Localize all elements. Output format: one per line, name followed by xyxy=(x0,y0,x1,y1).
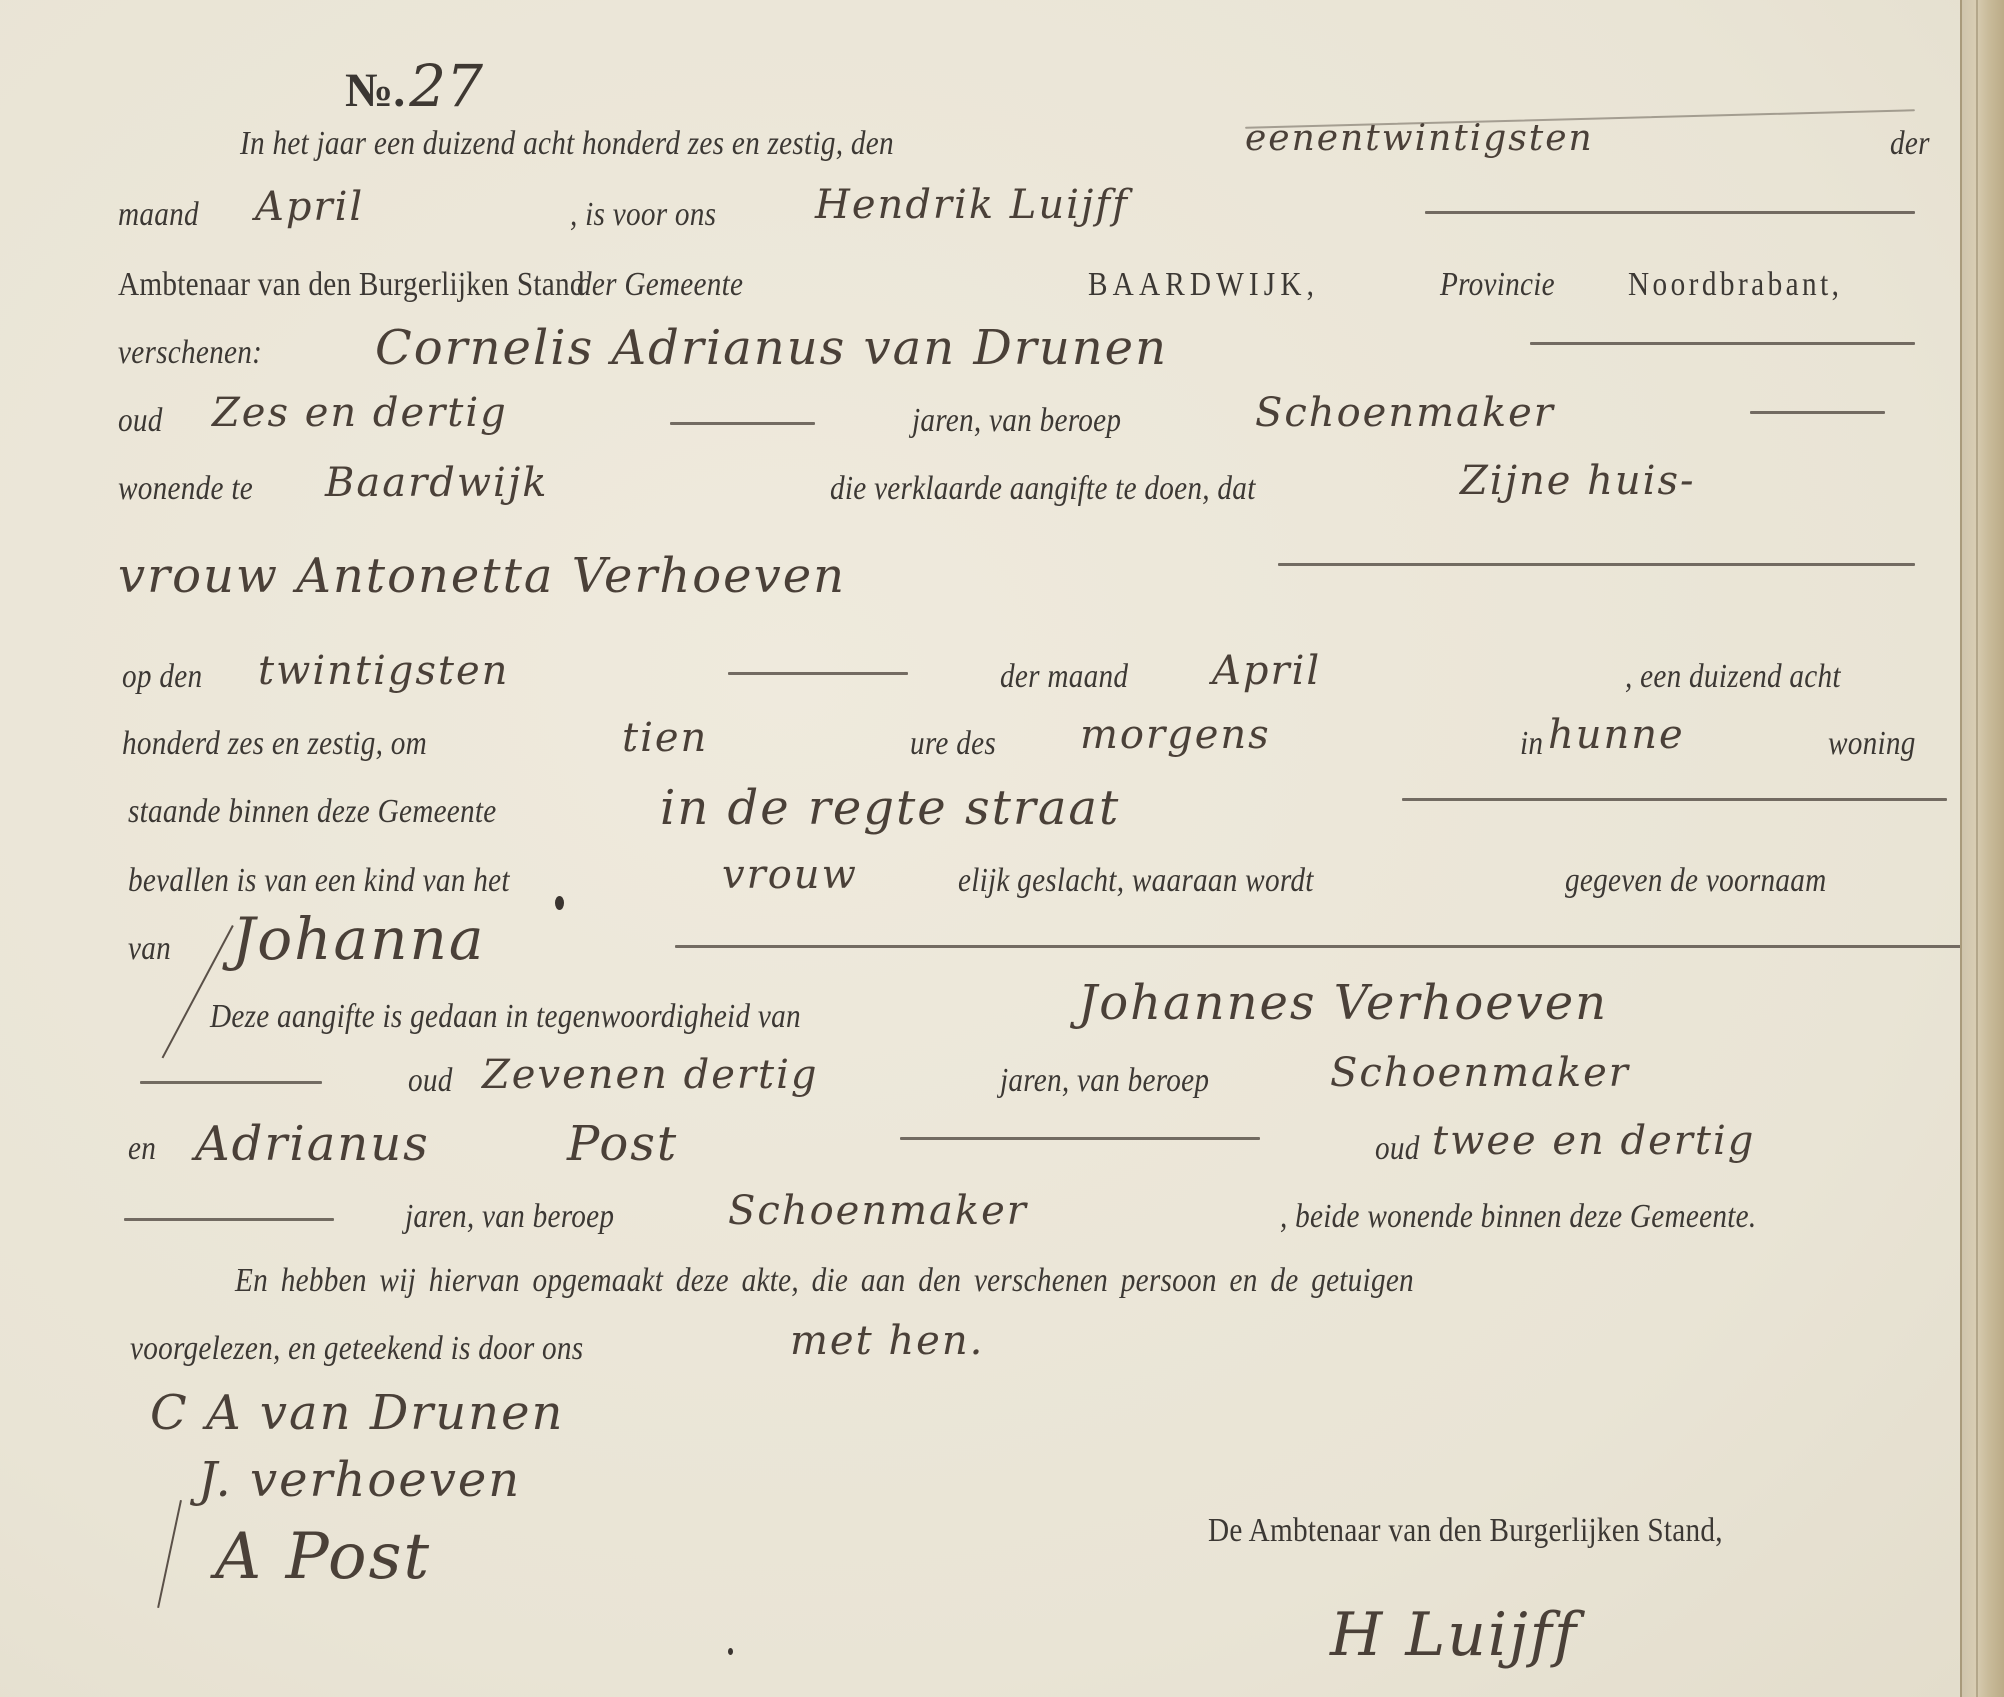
handwritten-residence: Baardwijk xyxy=(325,460,549,506)
handwritten-age: Zes en dertig xyxy=(212,390,508,436)
line-1-end: der xyxy=(1890,125,1936,163)
line-12: van xyxy=(128,930,178,968)
fill-rule xyxy=(670,422,815,425)
number-symbol: №. xyxy=(345,64,405,117)
line-15-mid: oud xyxy=(1375,1130,1427,1168)
line-16: jaren, van beroep xyxy=(405,1198,648,1236)
handwritten-mother: vrouw Antonetta Verhoeven xyxy=(118,548,846,604)
fill-rule xyxy=(1278,563,1915,566)
line-9-in: in xyxy=(1520,725,1547,763)
document-page: №. 27 In het jaar een duizend acht honde… xyxy=(0,0,1960,1697)
fill-rule xyxy=(1530,342,1915,345)
line-8-end: , een duizend acht xyxy=(1625,658,1876,696)
line-8: op den xyxy=(122,658,215,696)
act-number: №. 27 xyxy=(345,52,483,120)
fill-rule xyxy=(675,945,1980,948)
line-2: maand xyxy=(118,196,212,234)
line-9-end: woning xyxy=(1828,725,1930,763)
fill-rule xyxy=(1750,411,1885,414)
handwritten-place: hunne xyxy=(1548,712,1685,758)
fill-rule xyxy=(1425,211,1915,214)
line-1: In het jaar een duizend acht honderd zes… xyxy=(240,125,1000,163)
handwritten-hour: tien xyxy=(622,715,708,761)
handwritten-relation: Zijne huis- xyxy=(1460,458,1696,504)
line-5: oud xyxy=(118,402,170,440)
line-8-mid: der maand xyxy=(1000,658,1149,696)
line-9-mid: ure des xyxy=(910,725,1010,763)
handwritten-witness1-age: Zevenen dertig xyxy=(482,1052,819,1098)
line-15: en xyxy=(128,1130,161,1168)
handwritten-daypart: morgens xyxy=(1080,712,1271,758)
line-5-mid: jaren, van beroep xyxy=(912,402,1155,440)
ink-blot xyxy=(555,896,564,910)
fill-rule xyxy=(1402,798,1947,801)
signature-witness1: J. verhoeven xyxy=(198,1452,521,1508)
handwritten-witness2-occupation: Schoenmaker xyxy=(728,1188,1028,1234)
ink-spot xyxy=(728,1648,733,1655)
line-6-mid: die verklaarde aangifte te doen, dat xyxy=(830,470,1325,508)
handwritten-street: in de regte straat xyxy=(660,780,1120,836)
fill-rule xyxy=(124,1218,334,1221)
signature-official: H Luijff xyxy=(1330,1600,1578,1670)
official-title: De Ambtenaar van den Burgerlijken Stand, xyxy=(1208,1512,1807,1550)
line-9: honderd zes en zestig, om xyxy=(122,725,477,763)
line-4: verschenen: xyxy=(118,334,286,372)
act-number-value: 27 xyxy=(409,52,483,120)
line-2-mid: , is voor ons xyxy=(570,196,740,234)
province-label: Provincie xyxy=(1440,266,1574,304)
handwritten-official: Hendrik Luijff xyxy=(815,182,1129,228)
handwritten-witness1-occupation: Schoenmaker xyxy=(1330,1050,1630,1096)
printed-text: In het jaar een duizend acht honderd zes… xyxy=(240,125,894,163)
handwritten-witness2-age: twee en dertig xyxy=(1432,1118,1755,1164)
signature-flourish xyxy=(157,1500,182,1608)
handwritten-occupation: Schoenmaker xyxy=(1255,390,1555,436)
line-16-end: , beide wonende binnen deze Gemeente. xyxy=(1280,1198,1834,1236)
line-11: bevallen is van een kind van het xyxy=(128,862,572,900)
line-14: oud xyxy=(408,1062,460,1100)
municipality: BAARDWIJK, xyxy=(1088,266,1357,304)
fill-rule xyxy=(140,1081,322,1084)
line-11-end: gegeven de voornaam xyxy=(1565,862,1869,900)
province: Noordbrabant, xyxy=(1628,266,1877,304)
line-11-mid: elijk geslacht, waaraan wordt xyxy=(958,862,1372,900)
line-10: staande binnen deze Gemeente xyxy=(128,793,557,831)
handwritten-birthday: twintigsten xyxy=(258,648,509,694)
handwritten-witness1: Johannes Verhoeven xyxy=(1078,975,1608,1031)
handwritten-sex: vrouw xyxy=(722,852,858,898)
handwritten-declarant: Cornelis Adrianus van Drunen xyxy=(375,320,1168,376)
line-14-mid: jaren, van beroep xyxy=(1000,1062,1243,1100)
fill-rule xyxy=(728,672,908,675)
handwritten-closing: met hen. xyxy=(790,1318,984,1364)
book-spine xyxy=(1960,0,2004,1697)
handwritten-witness2: Adrianus Post xyxy=(195,1116,678,1172)
handwritten-child-name: Johanna xyxy=(232,905,485,973)
fill-rule xyxy=(900,1137,1260,1140)
signature-witness2: A Post xyxy=(215,1520,431,1594)
handwritten-birthmonth: April xyxy=(1212,648,1321,694)
line-6: wonende te xyxy=(118,470,275,508)
line-17: En hebben wij hiervan opgemaakt deze akt… xyxy=(235,1262,1606,1300)
handwritten-month: April xyxy=(255,184,364,230)
line-3: Ambtenaar van den Burgerlijken Stand der… xyxy=(118,266,770,304)
line-18: voorgelezen, en geteekend is door ons xyxy=(130,1330,657,1368)
line-13: Deze aangifte is gedaan in tegenwoordigh… xyxy=(210,998,897,1036)
signature-declarant: C A van Drunen xyxy=(150,1385,564,1441)
